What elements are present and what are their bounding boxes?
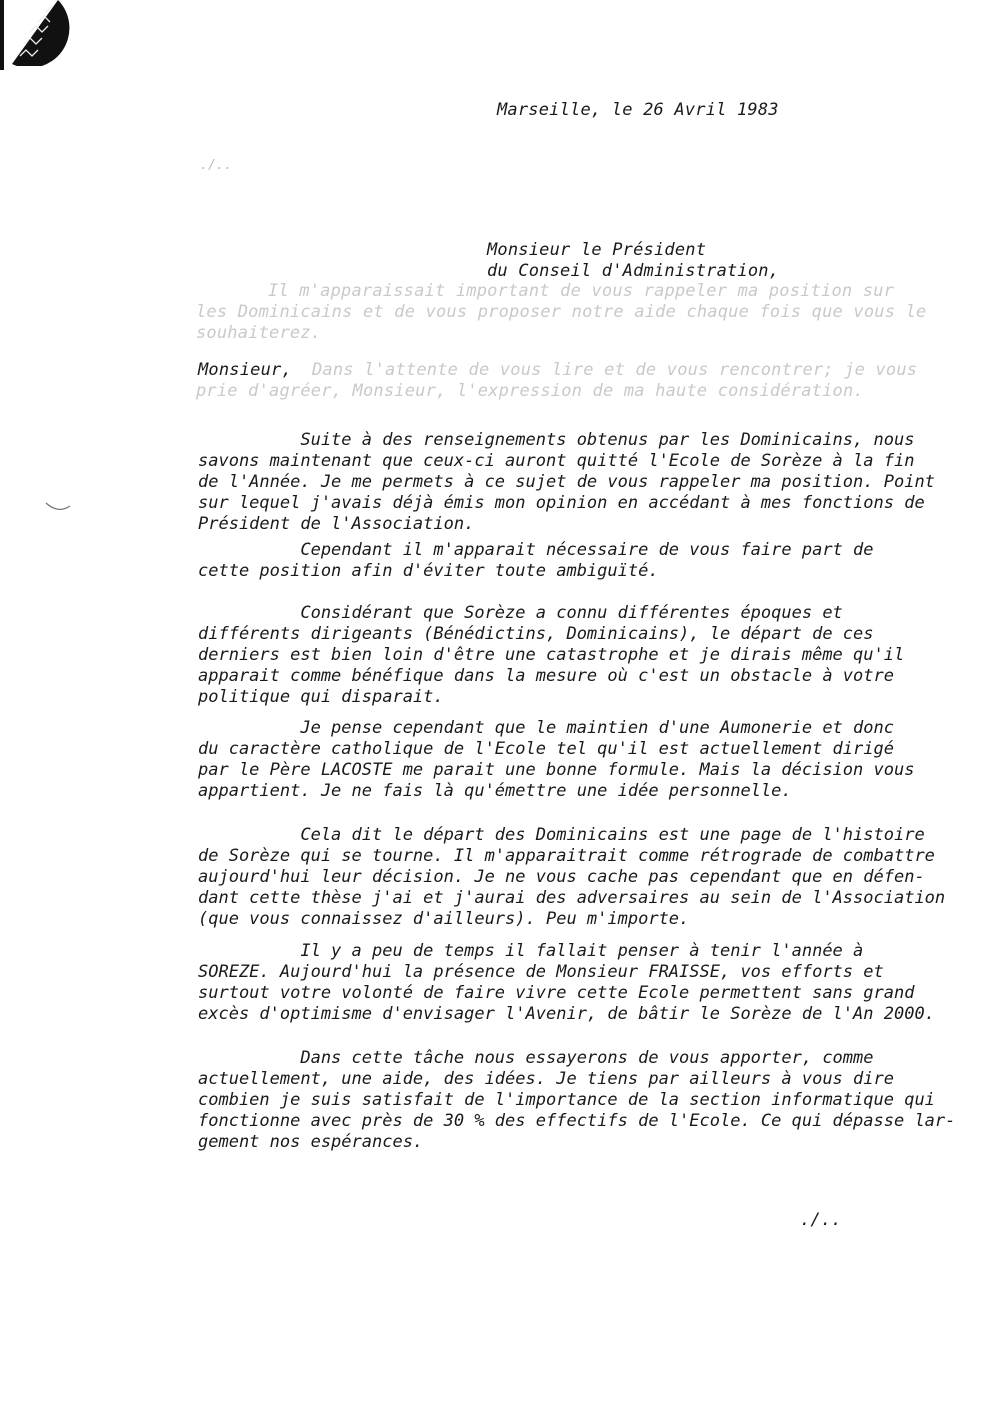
- recipient-line-1: Monsieur le Président: [487, 240, 706, 261]
- text-line: par le Père LACOSTE me parait une bonne …: [198, 760, 938, 781]
- paragraph-5: Cela dit le départ des Dominicains est u…: [198, 825, 938, 930]
- text-line: appartient. Je ne fais là qu'émettre une…: [198, 781, 938, 802]
- text-line: Il y a peu de temps il fallait penser à …: [198, 941, 938, 962]
- text-line: gement nos espérances.: [198, 1132, 938, 1153]
- text-line: de l'Année. Je me permets à ce sujet de …: [198, 472, 938, 493]
- paragraph-1: Suite à des renseignements obtenus par l…: [198, 430, 938, 535]
- text-line: Considérant que Sorèze a connu différent…: [198, 603, 938, 624]
- text-line: aujourd'hui leur décision. Je ne vous ca…: [198, 867, 938, 888]
- text-line: Président de l'Association.: [198, 514, 938, 535]
- scan-edge: [0, 0, 4, 70]
- text-line: Cependant il m'apparait nécessaire de vo…: [198, 540, 938, 561]
- text-line: combien je suis satisfait de l'importanc…: [198, 1090, 938, 1111]
- text-line: savons maintenant que ceux-ci auront qui…: [198, 451, 938, 472]
- paragraph-7: Dans cette tâche nous essayerons de vous…: [198, 1048, 938, 1153]
- text-line: cette position afin d'éviter toute ambig…: [198, 561, 938, 582]
- text-line: apparait comme bénéfique dans la mesure …: [198, 666, 938, 687]
- text-line: SOREZE. Aujourd'hui la présence de Monsi…: [198, 962, 938, 983]
- text-line: Je pense cependant que le maintien d'une…: [198, 718, 938, 739]
- text-line: actuellement, une aide, des idées. Je ti…: [198, 1069, 938, 1090]
- text-line: surtout votre volonté de faire vivre cet…: [198, 983, 938, 1004]
- text-line: dant cette thèse j'ai et j'aurai des adv…: [198, 888, 938, 909]
- continuation-mark-bottom: ./..: [800, 1210, 842, 1231]
- paragraph-2: Cependant il m'apparait nécessaire de vo…: [198, 540, 938, 582]
- text-line: sur lequel j'avais déjà émis mon opinion…: [198, 493, 938, 514]
- show-through-text: prie d'agréer, Monsieur, l'expression de…: [196, 381, 864, 402]
- scan-mark: [44, 500, 72, 514]
- text-line: derniers est bien loin d'être une catast…: [198, 645, 938, 666]
- show-through-text: les Dominicains et de vous proposer notr…: [196, 302, 926, 323]
- letter-page: Marseille, le 26 Avril 1983 ./.. Monsieu…: [0, 0, 1000, 1413]
- text-line: (que vous connaissez d'ailleurs). Peu m'…: [198, 909, 938, 930]
- show-through-text: souhaiterez.: [196, 323, 321, 344]
- paragraph-4: Je pense cependant que le maintien d'une…: [198, 718, 938, 802]
- text-line: fonctionne avec près de 30 % des effecti…: [198, 1111, 938, 1132]
- show-through-text: Il m'apparaissait important de vous rapp…: [268, 281, 894, 302]
- text-line: Cela dit le départ des Dominicains est u…: [198, 825, 938, 846]
- show-through-text: Dans l'attente de vous lire et de vous r…: [312, 360, 917, 381]
- text-line: du caractère catholique de l'Ecole tel q…: [198, 739, 938, 760]
- paragraph-3: Considérant que Sorèze a connu différent…: [198, 603, 938, 708]
- salutation: Monsieur,: [198, 360, 292, 381]
- text-line: de Sorèze qui se tourne. Il m'apparaitra…: [198, 846, 938, 867]
- continuation-mark-top: ./..: [200, 155, 232, 176]
- place-date: Marseille, le 26 Avril 1983: [497, 100, 779, 121]
- text-line: différents dirigeants (Bénédictins, Domi…: [198, 624, 938, 645]
- text-line: excès d'optimisme d'envisager l'Avenir, …: [198, 1004, 938, 1025]
- text-line: politique qui disparait.: [198, 687, 938, 708]
- paragraph-6: Il y a peu de temps il fallait penser à …: [198, 941, 938, 1025]
- text-line: Dans cette tâche nous essayerons de vous…: [198, 1048, 938, 1069]
- text-line: Suite à des renseignements obtenus par l…: [198, 430, 938, 451]
- recipient-line-2: du Conseil d'Administration,: [487, 261, 779, 282]
- corner-ornament-icon: [6, 0, 70, 66]
